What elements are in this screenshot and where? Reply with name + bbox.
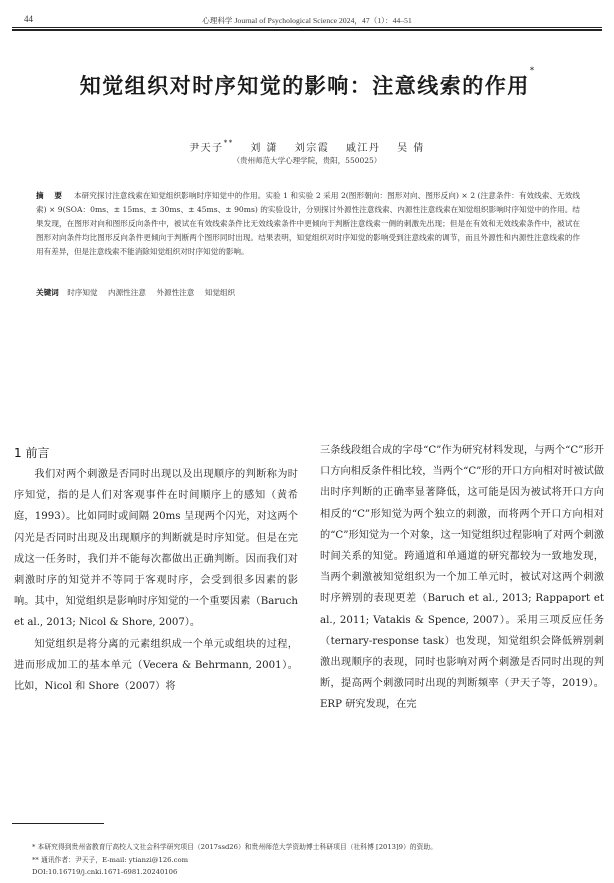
keyword: 内源性注意 <box>108 288 146 297</box>
author: 刘 潇 <box>250 143 278 154</box>
funding-footnote: * 本研究得到贵州省教育厅高校人文社会科学研究项目（2017ssd26）和贵州师… <box>32 841 602 854</box>
header-rule-thick <box>12 29 602 31</box>
paragraph: 知觉组织是将分离的元素组织成一个单元或组块的过程，进而形成加工的基本单元（Vec… <box>14 634 298 698</box>
paragraph: 三条线段组合成的字母“C”作为研究材料发现，与两个“C”形开口方向相反条件相比较… <box>320 440 604 716</box>
header-rule <box>12 27 602 28</box>
abstract: 摘 要本研究探讨注意线索在知觉组织影响时序知觉中的作用。实验 1 和实验 2 采… <box>36 189 580 259</box>
keywords-label: 关键词 <box>36 288 59 297</box>
footnotes: * 本研究得到贵州省教育厅高校人文社会科学研究项目（2017ssd26）和贵州师… <box>32 841 602 879</box>
author: 戚江丹 <box>346 143 381 154</box>
paper-title-text: 知觉组织对时序知觉的影响：注意线索的作用 <box>80 74 530 98</box>
author: 刘宗霞 <box>295 143 330 154</box>
corresponding-author-footnote: ** 通讯作者：尹天子，E-mail: ytianzi@126.com <box>32 854 602 867</box>
keyword: 外源性注意 <box>156 288 194 297</box>
abstract-text: 本研究探讨注意线索在知觉组织影响时序知觉中的作用。实验 1 和实验 2 采用 2… <box>36 191 580 256</box>
author: 尹天子** <box>189 143 234 154</box>
corresponding-marker: ** <box>224 139 234 147</box>
author: 吴 倩 <box>397 143 425 154</box>
body-column-right: 三条线段组合成的字母“C”作为研究材料发现，与两个“C”形开口方向相反条件相比较… <box>320 440 604 716</box>
keyword: 时序知觉 <box>67 288 97 297</box>
title-footnote-marker: * <box>530 66 535 76</box>
abstract-label: 摘 要 <box>36 191 66 200</box>
body-column-left: 我们对两个刺激是否同时出现以及出现顺序的判断称为时序知觉，指的是人们对客观事件在… <box>14 464 298 697</box>
footnote-rule <box>12 823 104 824</box>
keywords: 关键词 时序知觉 内源性注意 外源性注意 知觉组织 <box>36 287 580 298</box>
running-header: 44 心理科学 Journal of Psychological Science… <box>12 14 602 28</box>
paper-title: 知觉组织对时序知觉的影响：注意线索的作用* <box>0 70 614 100</box>
section-heading: 1 前言 <box>14 444 49 461</box>
affiliation: （贵州师范大学心理学院，贵阳，550025） <box>0 155 614 166</box>
journal-citation: 心理科学 Journal of Psychological Science 20… <box>12 15 602 26</box>
paragraph: 我们对两个刺激是否同时出现以及出现顺序的判断称为时序知觉，指的是人们对客观事件在… <box>14 464 298 634</box>
author-list: 尹天子** 刘 潇 刘宗霞 戚江丹 吴 倩 <box>0 139 614 154</box>
keyword: 知觉组织 <box>205 288 235 297</box>
doi: DOI:10.16719/j.cnki.1671-6981.20240106 <box>32 866 602 879</box>
